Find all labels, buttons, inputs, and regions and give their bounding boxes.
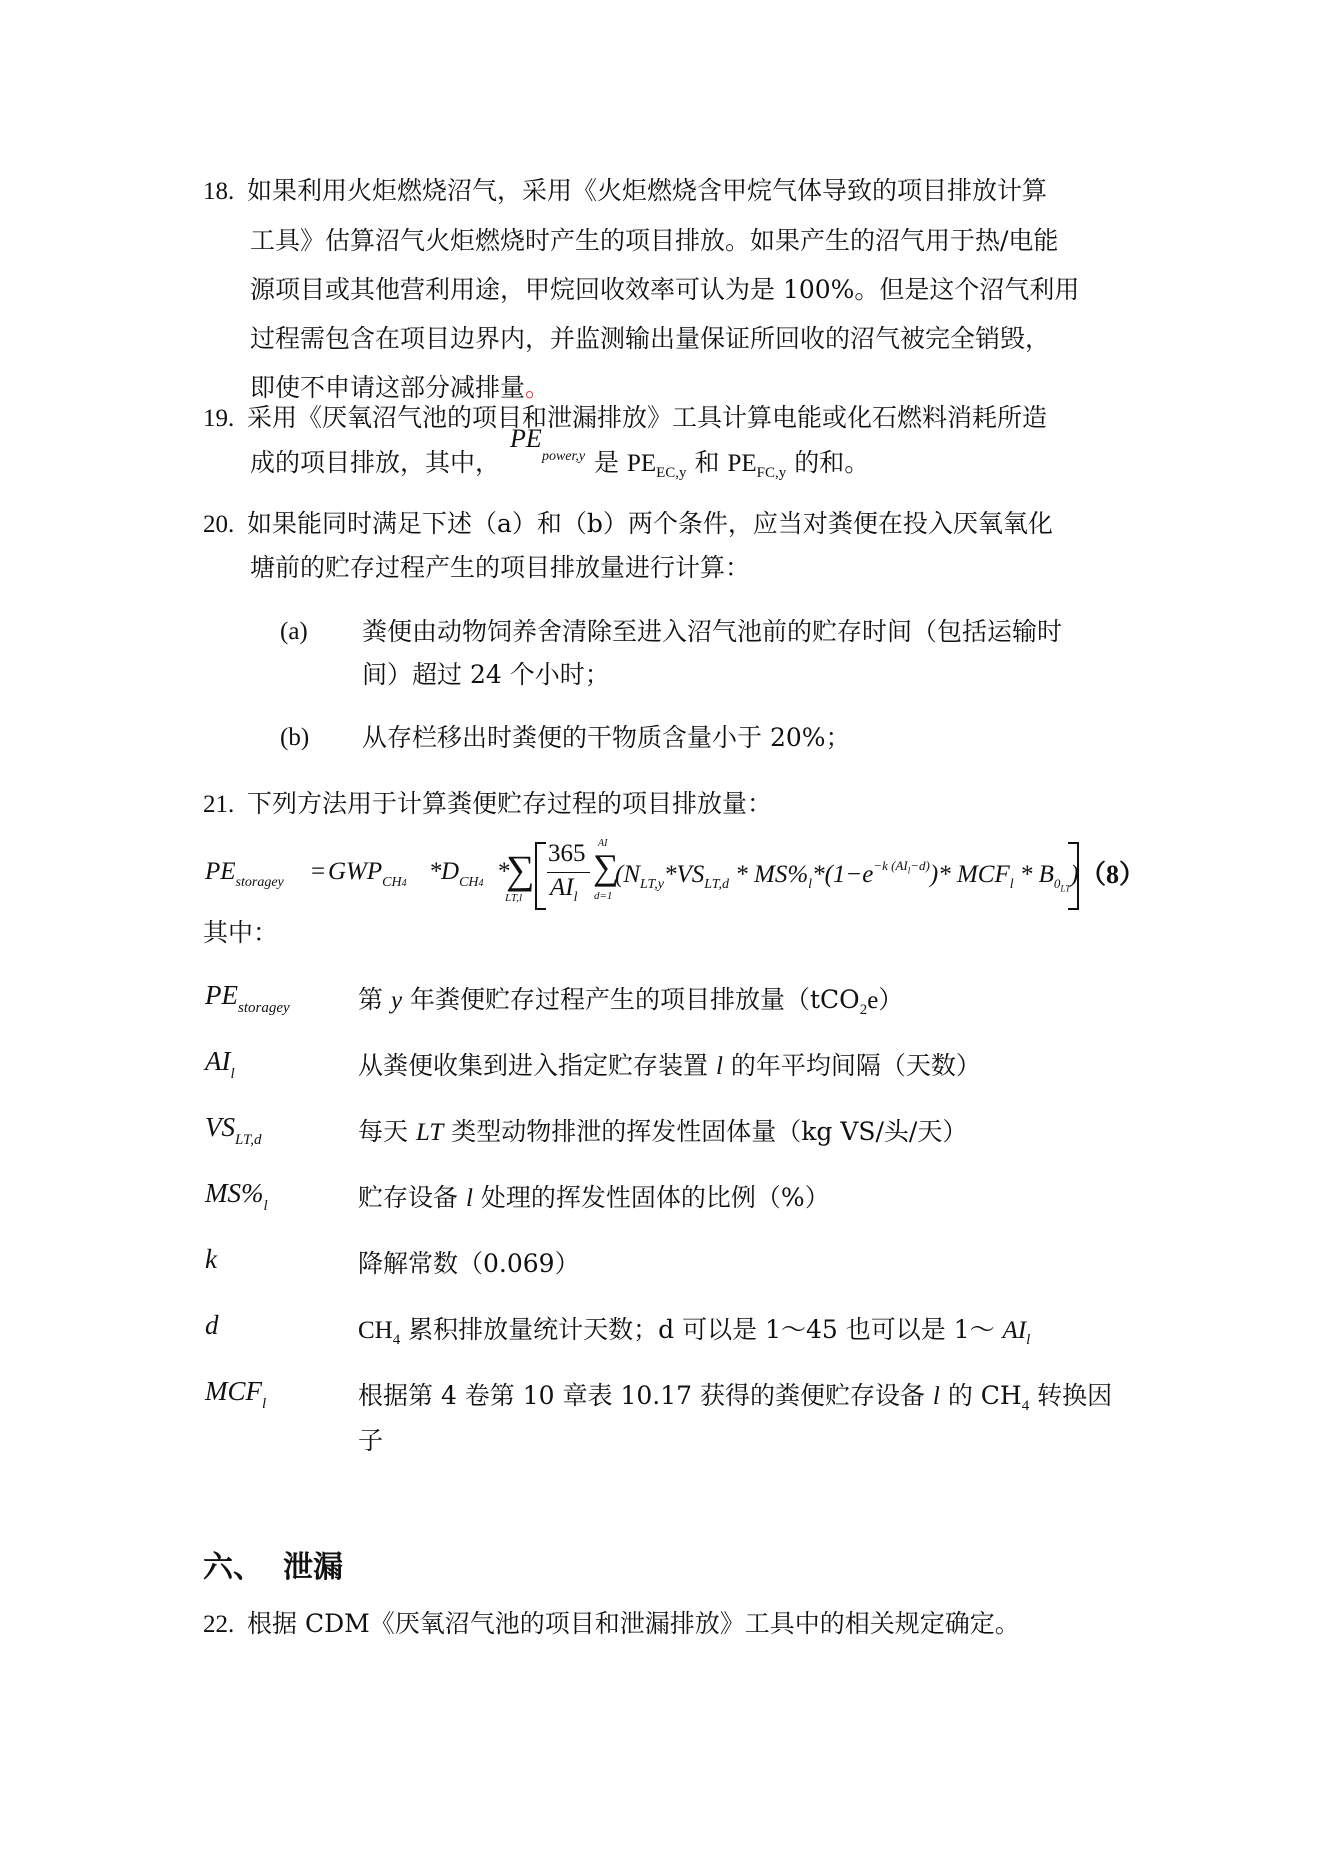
paragraph-line: 源项目或其他营利用途，甲烷回收效率可认为是 100%。但是这个沼气利用 — [203, 265, 1079, 314]
equals-sign: = — [311, 858, 325, 886]
formula-body: (NLT,y*VSLT,d * MS%l*(1−e−k (AIl−d))* MC… — [615, 858, 1079, 894]
pe-ec: PE — [627, 450, 656, 477]
where-label: 其中： — [203, 914, 278, 952]
paragraph-number: 22. — [203, 1603, 247, 1646]
sum-lower-limit: d=1 — [594, 890, 612, 902]
paragraph-line: 成的项目排放，其中， — [250, 448, 500, 477]
condition-line: 间）超过 24 个小时； — [280, 653, 1062, 696]
paragraph-line: 如果利用火炬燃烧沼气，采用《火炬燃烧含甲烷气体导致的项目排放计算 — [247, 176, 1047, 205]
condition-label: (a) — [280, 610, 308, 653]
condition-a: (a) 粪便由动物饲养舍清除至进入沼气池前的贮存时间（包括运输时 间）超过 24… — [280, 610, 1062, 696]
right-bracket — [1068, 842, 1079, 910]
paragraph-line: 下列方法用于计算粪便贮存过程的项目排放量： — [247, 789, 772, 818]
symbol-subscript: power,y — [542, 435, 585, 479]
sum-subscript: LT,l — [505, 892, 522, 904]
definition-symbol: k — [205, 1244, 217, 1275]
fraction-denominator: AIl — [550, 874, 578, 906]
paragraph-number: 20. — [203, 503, 247, 546]
pe-ec-subscript: EC,y — [656, 465, 686, 481]
section-title: 泄漏 — [283, 1550, 343, 1585]
paragraph-number: 19. — [203, 397, 247, 441]
condition-line: 粪便由动物饲养舍清除至进入沼气池前的贮存时间（包括运输时 — [280, 610, 1062, 653]
paragraph-line: 根据 CDM《厌氧沼气池的项目和泄漏排放》工具中的相关规定确定。 — [247, 1609, 1020, 1638]
fraction-numerator: 365 — [548, 840, 586, 868]
condition-b: (b) 从存栏移出时粪便的干物质含量小于 20%； — [280, 716, 851, 759]
left-bracket — [535, 842, 546, 910]
paragraph-line: 工具》估算沼气火炬燃烧时产生的项目排放。如果产生的沼气用于热/电能 — [203, 216, 1079, 265]
definition-symbol: MS%l — [205, 1178, 268, 1209]
formula-8: PEstoragey = GWPCH4 * DCH4 * ∑ LT,l 365 … — [205, 838, 1165, 918]
definition-text: 贮存设备 l 处理的挥发性固体的比例（%） — [358, 1176, 830, 1221]
document-page: 18.如果利用火炬燃烧沼气，采用《火炬燃烧含甲烷气体导致的项目排放计算 工具》估… — [0, 0, 1323, 1871]
equation-number: （8） — [1080, 854, 1145, 891]
fraction-bar — [547, 872, 590, 873]
paragraph-20: 20.如果能同时满足下述（a）和（b）两个条件，应当对粪便在投入厌氧氧化 塘前的… — [203, 502, 1053, 589]
definition-symbol: MCFl — [205, 1376, 266, 1407]
paragraph-line: 如果能同时满足下述（a）和（b）两个条件，应当对粪便在投入厌氧氧化 — [247, 509, 1053, 538]
text-and: 和 — [695, 448, 720, 477]
paragraph-line: 采用《厌氧沼气池的项目和泄漏排放》工具计算电能或化石燃料消耗所造 — [247, 403, 1047, 432]
definition-text: 每天 LT 类型动物排泄的挥发性固体量（kg VS/头/天） — [358, 1110, 967, 1155]
symbol-main: PE — [510, 417, 542, 461]
pe-power-symbol: PE power,y — [508, 441, 594, 471]
definition-symbol: PEstoragey — [205, 980, 290, 1011]
section-heading: 六、泄漏 — [203, 1542, 343, 1586]
definition-text: 从粪便收集到进入指定贮存装置 l 的年平均间隔（天数） — [358, 1044, 981, 1089]
definition-text: 根据第 4 卷第 10 章表 10.17 获得的粪便贮存设备 l 的 CH4 转… — [358, 1374, 1112, 1463]
definition-symbol: VSLT,d — [205, 1112, 262, 1143]
paragraph-number: 21. — [203, 783, 247, 826]
definition-symbol: d — [205, 1310, 219, 1341]
paragraph-19: 19.采用《厌氧沼气池的项目和泄漏排放》工具计算电能或化石燃料消耗所造 成的项目… — [203, 396, 1047, 486]
paragraph-number: 18. — [203, 167, 247, 216]
definition-symbol: AIl — [205, 1046, 235, 1077]
paragraph-18: 18.如果利用火炬燃烧沼气，采用《火炬燃烧含甲烷气体导致的项目排放计算 工具》估… — [203, 166, 1079, 412]
section-number: 六、 — [203, 1550, 263, 1585]
formula-d: DCH4 — [441, 858, 484, 891]
paragraph-21: 21.下列方法用于计算粪便贮存过程的项目排放量： — [203, 782, 772, 826]
sum-symbol: ∑ — [506, 846, 535, 893]
formula-lhs: PEstoragey — [205, 858, 284, 891]
paragraph-line: 塘前的贮存过程产生的项目排放量进行计算： — [203, 546, 1053, 589]
definition-text: 降解常数（0.069） — [358, 1242, 580, 1286]
text-is: 是 — [594, 448, 619, 477]
definition-text: CH4 累积排放量统计天数；d 可以是 1～45 也可以是 1～ AIl — [358, 1308, 1030, 1353]
formula-gwp: GWPCH4 — [328, 858, 407, 891]
text-suffix: 的和。 — [794, 448, 869, 477]
definition-text: 第 y 年粪便贮存过程产生的项目排放量（tCO2e） — [358, 978, 903, 1023]
condition-line: 从存栏移出时粪便的干物质含量小于 20%； — [280, 716, 851, 759]
condition-label: (b) — [280, 716, 309, 759]
where-text: 其中： — [203, 918, 278, 947]
paragraph-22: 22.根据 CDM《厌氧沼气池的项目和泄漏排放》工具中的相关规定确定。 — [203, 1602, 1020, 1646]
pe-fc-subscript: FC,y — [757, 465, 787, 481]
pe-fc: PE — [727, 450, 756, 477]
paragraph-line: 过程需包含在项目边界内，并监测输出量保证所回收的沼气被完全销毁， — [203, 314, 1079, 363]
